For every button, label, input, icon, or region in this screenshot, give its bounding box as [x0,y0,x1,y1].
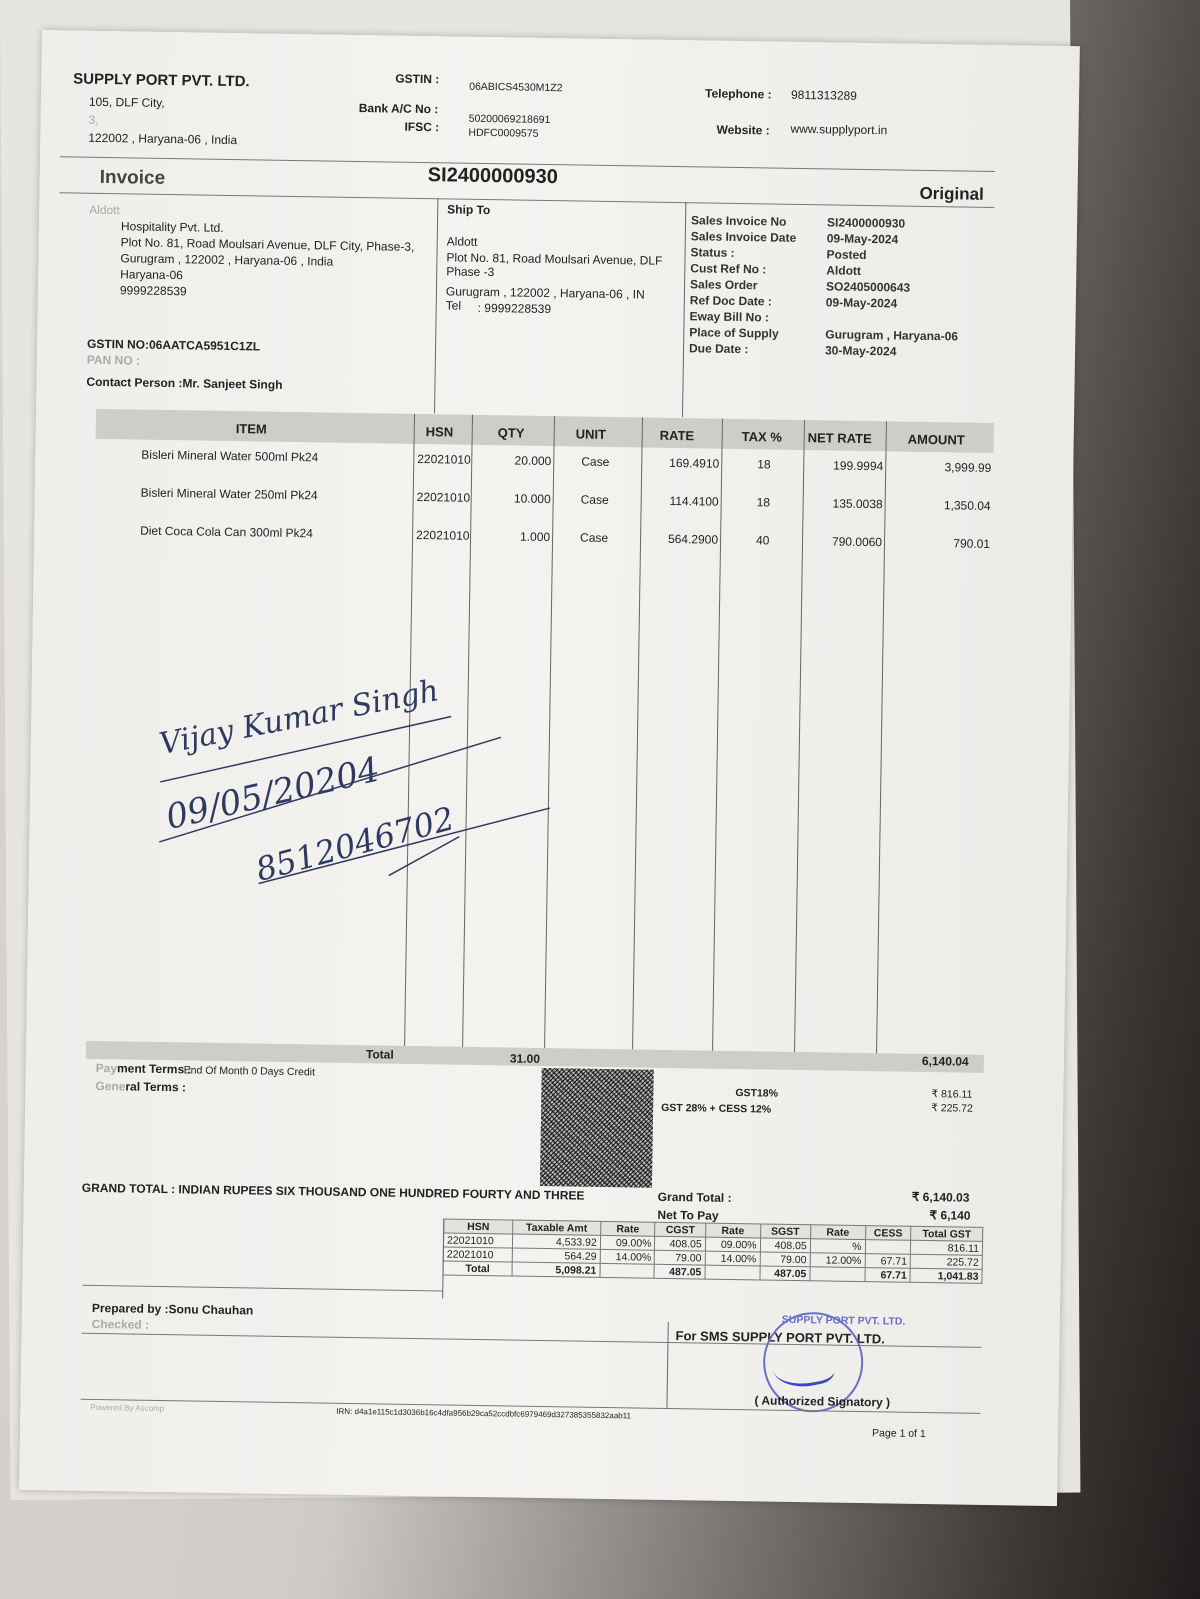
doc-title: Invoice [100,167,166,190]
copy-label: Original [919,184,984,205]
total-label: Total [366,1047,394,1061]
page-number: Page 1 of 1 [872,1427,926,1440]
hsn-col-header: Rate [810,1225,865,1240]
bill-to-pan: PAN NO : [87,353,140,368]
website-label: Website : [716,123,769,138]
hsn-cell: 408.05 [760,1238,810,1253]
invoice-meta: Sales Invoice NoSI2400000930 Sales Invoi… [689,212,960,360]
hsn-col-header: CGST [655,1222,705,1237]
cell-rate: 169.4910 [669,456,719,471]
ship-to-tel-label: Tel [446,298,462,312]
invoice-sheet: SUPPLY PORT PVT. LTD. 105, DLF City, 3, … [19,30,1080,1506]
grand-total-value: ₹ 6,140.03 [912,1190,970,1205]
hsn-cell: % [810,1239,865,1254]
bill-to-gstin: GSTIN NO:06AATCA5951C1ZL [87,337,260,354]
cell-amount: 790.01 [953,536,990,551]
total-amount: 6,140.04 [922,1054,969,1069]
hsn-cell: 408.05 [655,1236,705,1251]
telephone-value: 9811313289 [791,88,857,103]
tax-summary-value-1: ₹ 816.11 [931,1088,972,1101]
tax-summary-value-2: ₹ 225.72 [931,1102,973,1115]
column-header: ITEM [236,421,267,436]
seller-gstin: 06ABICS4530M1Z2 [469,81,563,94]
cell-item: Diet Coca Cola Can 300ml Pk24 [140,524,313,541]
column-header: QTY [498,425,525,440]
hsn-total-cell [810,1267,865,1282]
qr-code [540,1068,654,1188]
hsn-col-header: CESS [865,1226,911,1241]
hsn-col-header: Rate [705,1223,760,1238]
ship-to-address-3: Gurugram , 122002 , Haryana-06 , IN [446,284,645,301]
hsn-total-cell [705,1265,760,1280]
seller-address-2: 3, [88,113,98,127]
seller-address-1: 105, DLF City, [89,95,165,110]
cell-rate: 564.2900 [668,532,718,547]
hsn-cell: 564.29 [512,1248,600,1263]
hsn-total-cell: Total [443,1261,512,1276]
column-header: HSN [426,424,454,439]
hsn-cell: 79.00 [760,1252,810,1267]
bank-account: 50200069218691 [469,113,551,126]
hsn-total-cell [600,1263,655,1278]
handwritten-underlines [148,692,571,899]
hsn-total-cell: 487.05 [759,1266,809,1281]
cell-item: Bisleri Mineral Water 250ml Pk24 [141,486,318,503]
cell-amount: 3,999.99 [944,460,991,475]
hsn-total-cell: 5,098.21 [512,1262,600,1277]
hsn-col-header: SGST [760,1224,810,1239]
authorized-signatory: ( Authorized Signatory ) [754,1393,890,1409]
bill-to-tel: 9999228539 [120,283,187,298]
hsn-cell: 225.72 [910,1254,982,1269]
total-qty: 31.00 [510,1051,540,1065]
payment-terms-label: ment Terms : [117,1061,192,1076]
cell-net-rate: 135.0038 [832,496,882,511]
hsn-cell: 22021010 [443,1233,512,1248]
invoice-number: SI2400000930 [428,164,558,189]
bill-to-address-2: Gurugram , 122002 , Haryana-06 , India [120,251,333,268]
bill-to-state: Haryana-06 [120,267,183,282]
hsn-col-header: HSN [444,1219,513,1234]
amount-in-words: GRAND TOTAL : INDIAN RUPEES SIX THOUSAND… [82,1181,585,1203]
tax-summary-label-2: GST 28% + CESS 12% [661,1102,771,1116]
cell-unit: Case [580,531,608,545]
hsn-cell: 14.00% [705,1251,760,1266]
hsn-cell: 12.00% [810,1253,865,1268]
net-to-pay-label: Net To Pay [657,1208,718,1223]
cell-tax: 18 [757,495,771,509]
hsn-tax-table: HSNTaxable AmtRateCGSTRateSGSTRateCESSTo… [442,1218,983,1283]
hsn-total-cell: 1,041.83 [910,1268,982,1283]
gstin-label: GSTIN : [395,72,439,87]
tax-summary-label-1: GST18% [735,1087,778,1100]
hsn-cell: 67.71 [865,1254,911,1269]
column-header: RATE [660,428,695,444]
hsn-cell: 09.00% [600,1235,655,1250]
checked-by: Checked : [92,1317,150,1332]
ifsc-label: IFSC : [404,120,439,135]
ship-to-label: Ship To [447,202,490,217]
hsn-col-header: Taxable Amt [513,1220,601,1235]
cell-tax: 18 [757,457,771,471]
cell-net-rate: 199.9994 [833,458,883,473]
prepared-by: Prepared by :Sonu Chauhan [92,1301,254,1318]
hsn-total-cell: 67.71 [864,1268,910,1283]
cell-item: Bisleri Mineral Water 500ml Pk24 [141,448,318,465]
bill-to-name: Aldott [89,203,120,217]
hsn-total-cell: 487.05 [654,1264,704,1279]
hsn-cell: 09.00% [705,1237,760,1252]
seller-address-3: 122002 , Haryana-06 , India [88,131,237,147]
hsn-cell: 14.00% [600,1249,655,1264]
hsn-cell: 4,533.92 [512,1234,600,1249]
cell-net-rate: 790.0060 [832,534,882,549]
bill-to-company: Hospitality Pvt. Ltd. [121,219,224,235]
hsn-col-header: Rate [600,1221,655,1236]
cell-hsn: 22021010 [417,452,471,467]
bank-label: Bank A/C No : [359,101,439,116]
cell-qty: 10.000 [514,491,551,506]
contact-person: Contact Person :Mr. Sanjeet Singh [86,375,282,392]
cell-amount: 1,350.04 [944,498,991,513]
ship-to-address-2: Phase -3 [446,264,494,279]
stamp-text: SUPPLY PORT PVT. LTD. [782,1314,906,1328]
cell-qty: 1.000 [520,530,550,544]
cell-qty: 20.000 [514,453,551,468]
cell-tax: 40 [756,533,770,547]
ifsc-code: HDFC0009575 [468,127,538,140]
powered-by: Powered By Ascomp [90,1403,164,1413]
hsn-cell: 816.11 [911,1240,983,1255]
ship-to-tel: : 9999228539 [478,301,552,316]
grand-total-label: Grand Total : [658,1190,732,1205]
hsn-cell: 22021010 [443,1247,512,1262]
column-header: AMOUNT [908,432,965,448]
column-header: UNIT [576,426,607,441]
cell-unit: Case [581,493,609,507]
cell-hsn: 22021010 [416,528,470,543]
hsn-cell [865,1240,911,1255]
cell-hsn: 22021010 [417,490,471,505]
cell-rate: 114.4100 [669,494,718,509]
telephone-label: Telephone : [705,86,772,101]
website-value: www.supplyport.in [790,122,887,138]
irn: IRN: d4a1e115c1d3036b16c4dfa956b29ca52cc… [336,1407,631,1421]
column-header: NET RATE [808,430,872,446]
column-header: TAX % [742,429,782,445]
net-to-pay-value: ₹ 6,140 [929,1208,970,1223]
hsn-cell: 79.00 [655,1250,705,1265]
seller-name: SUPPLY PORT PVT. LTD. [73,70,250,90]
hsn-col-header: Total GST [911,1226,983,1241]
general-terms-label: ral Terms : [125,1079,186,1094]
cell-unit: Case [581,455,609,469]
ship-to-name: Aldott [447,234,478,248]
payment-terms-value: End Of Month 0 Days Credit [184,1064,315,1078]
